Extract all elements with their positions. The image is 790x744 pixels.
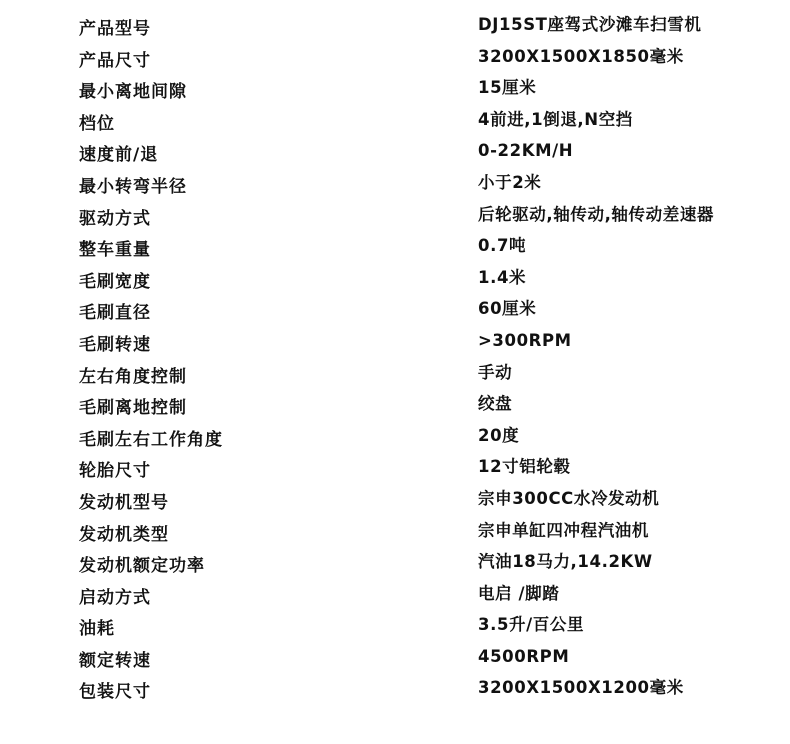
spec-row-brush-speed: 毛刷转速 >300RPM <box>0 330 790 362</box>
spec-value: DJ15ST座驾式沙滩车扫雪机 <box>478 14 701 36</box>
spec-row-size: 产品尺寸 3200X1500X1850毫米 <box>0 46 790 78</box>
spec-label: 左右角度控制 <box>79 366 187 388</box>
spec-value: 手动 <box>478 362 512 384</box>
spec-label: 最小转弯半径 <box>79 176 187 198</box>
spec-row-engine-type: 发动机类型 宗申单缸四冲程汽油机 <box>0 520 790 552</box>
spec-label: 轮胎尺寸 <box>79 460 151 482</box>
spec-value: 电启 /脚踏 <box>478 583 559 605</box>
spec-row-brush-width: 毛刷宽度 1.4米 <box>0 267 790 299</box>
spec-value: 20度 <box>478 425 519 447</box>
spec-value: 汽油18马力,14.2KW <box>478 551 653 573</box>
spec-label: 油耗 <box>79 618 115 640</box>
spec-value: 小于2米 <box>478 172 541 194</box>
spec-label: 毛刷左右工作角度 <box>79 429 223 451</box>
spec-row-weight: 整车重量 0.7吨 <box>0 235 790 267</box>
spec-value: 4500RPM <box>478 646 569 668</box>
spec-value: 3.5升/百公里 <box>478 614 584 636</box>
spec-row-lift-control: 毛刷离地控制 绞盘 <box>0 393 790 425</box>
spec-value: 12寸铝轮毂 <box>478 456 571 478</box>
spec-label: 包装尺寸 <box>79 681 151 703</box>
spec-value: 15厘米 <box>478 77 536 99</box>
spec-row-engine-power: 发动机额定功率 汽油18马力,14.2KW <box>0 551 790 583</box>
spec-row-brush-diameter: 毛刷直径 60厘米 <box>0 298 790 330</box>
spec-row-package-size: 包装尺寸 3200X1500X1200毫米 <box>0 677 790 709</box>
spec-row-gears: 档位 4前进,1倒退,N空挡 <box>0 109 790 141</box>
spec-label: 毛刷直径 <box>79 302 151 324</box>
spec-row-angle-control: 左右角度控制 手动 <box>0 362 790 394</box>
spec-value: 0-22KM/H <box>478 140 573 162</box>
spec-label: 驱动方式 <box>79 208 151 230</box>
spec-label: 档位 <box>79 113 115 135</box>
spec-row-engine-model: 发动机型号 宗申300CC水冷发动机 <box>0 488 790 520</box>
spec-row-working-angle: 毛刷左右工作角度 20度 <box>0 425 790 457</box>
spec-value: 3200X1500X1850毫米 <box>478 46 684 68</box>
spec-label: 产品尺寸 <box>79 50 151 72</box>
spec-value: >300RPM <box>478 330 572 352</box>
spec-row-ground-clearance: 最小离地间隙 15厘米 <box>0 77 790 109</box>
spec-label: 速度前/退 <box>79 144 158 166</box>
spec-value: 宗申300CC水冷发动机 <box>478 488 659 510</box>
spec-row-start-method: 启动方式 电启 /脚踏 <box>0 583 790 615</box>
spec-table: 产品型号 DJ15ST座驾式沙滩车扫雪机 产品尺寸 3200X1500X1850… <box>0 14 790 709</box>
spec-label: 整车重量 <box>79 239 151 261</box>
spec-row-model: 产品型号 DJ15ST座驾式沙滩车扫雪机 <box>0 14 790 46</box>
spec-label: 发动机类型 <box>79 524 169 546</box>
spec-value: 4前进,1倒退,N空挡 <box>478 109 633 131</box>
spec-label: 额定转速 <box>79 650 151 672</box>
spec-label: 毛刷宽度 <box>79 271 151 293</box>
spec-value: 1.4米 <box>478 267 526 289</box>
spec-row-fuel-consumption: 油耗 3.5升/百公里 <box>0 614 790 646</box>
spec-label: 产品型号 <box>79 18 151 40</box>
spec-value: 后轮驱动,轴传动,轴传动差速器 <box>478 204 714 226</box>
spec-value: 0.7吨 <box>478 235 526 257</box>
spec-label: 启动方式 <box>79 587 151 609</box>
spec-row-tire-size: 轮胎尺寸 12寸铝轮毂 <box>0 456 790 488</box>
spec-row-rated-speed: 额定转速 4500RPM <box>0 646 790 678</box>
spec-label: 发动机型号 <box>79 492 169 514</box>
spec-label: 最小离地间隙 <box>79 81 187 103</box>
spec-value: 60厘米 <box>478 298 536 320</box>
spec-label: 毛刷离地控制 <box>79 397 187 419</box>
spec-value: 宗申单缸四冲程汽油机 <box>478 520 649 542</box>
spec-row-speed: 速度前/退 0-22KM/H <box>0 140 790 172</box>
spec-label: 发动机额定功率 <box>79 555 205 577</box>
spec-row-turning-radius: 最小转弯半径 小于2米 <box>0 172 790 204</box>
spec-label: 毛刷转速 <box>79 334 151 356</box>
spec-row-drive: 驱动方式 后轮驱动,轴传动,轴传动差速器 <box>0 204 790 236</box>
spec-value: 绞盘 <box>478 393 512 415</box>
spec-value: 3200X1500X1200毫米 <box>478 677 684 699</box>
